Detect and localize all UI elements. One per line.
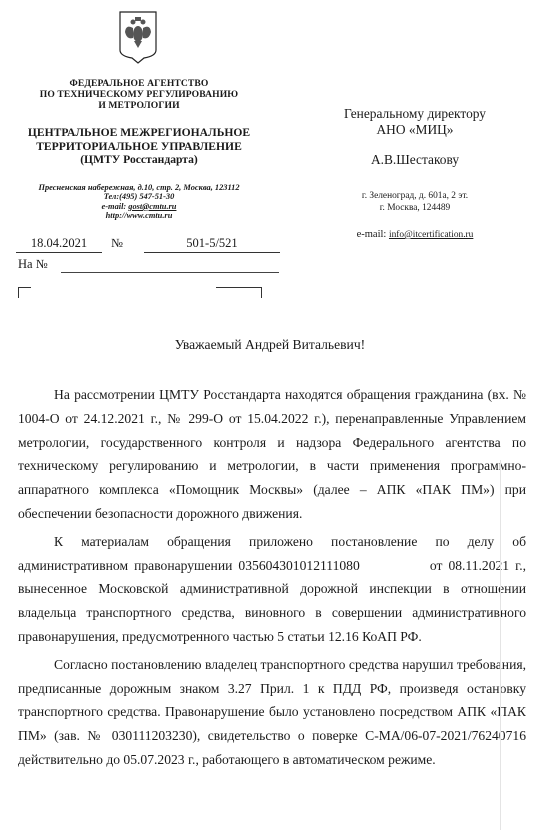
body-paragraph: К материалам обращения приложено постано… (18, 530, 526, 649)
reply-to-line: На № (16, 257, 266, 273)
reply-to-blank-line (61, 272, 279, 273)
sender-contacts: Пресненская набережная, д.10, стр. 2, Мо… (8, 183, 270, 220)
recipient-title: Генеральному директору АНО «МИЦ» (315, 106, 515, 138)
address-corner-mark-right (216, 287, 262, 298)
registration-line: 18.04.2021 № 501-5/521 (16, 235, 266, 253)
recipient-name: А.В.Шестакову (315, 152, 515, 168)
sender-website-link[interactable]: http://www.cmtu.ru (8, 211, 270, 220)
department-line: (ЦМТУ Росстандарта) (8, 153, 270, 167)
recipient-email-line: e-mail: info@itcertification.ru (315, 229, 515, 240)
coat-of-arms-icon (118, 10, 158, 65)
redacted-region (360, 559, 424, 573)
department-line: ТЕРРИТОРИАЛЬНОЕ УПРАВЛЕНИЕ (8, 140, 270, 154)
letter-number: 501-5/521 (144, 235, 280, 253)
recipient-address: г. Зеленоград, д. 601а, 2 эт. г. Москва,… (315, 190, 515, 214)
recipient-title-line: Генеральному директору (315, 106, 515, 122)
recipient-email-label: e-mail: (357, 229, 389, 240)
recipient-email-link[interactable]: info@itcertification.ru (389, 230, 473, 240)
recipient-title-line: АНО «МИЦ» (315, 122, 515, 138)
letter-date: 18.04.2021 (16, 235, 102, 253)
greeting: Уважаемый Андрей Витальевич! (0, 337, 540, 353)
body-paragraph: Согласно постановлению владелец транспор… (18, 653, 526, 772)
department-name: ЦЕНТРАЛЬНОЕ МЕЖРЕГИОНАЛЬНОЕ ТЕРРИТОРИАЛЬ… (8, 126, 270, 167)
number-label: № (111, 235, 123, 252)
agency-name: ФЕДЕРАЛЬНОЕ АГЕНТСТВО ПО ТЕХНИЧЕСКОМУ РЕ… (8, 78, 270, 111)
body-paragraph: На рассмотрении ЦМТУ Росстандарта находя… (18, 383, 526, 526)
agency-line: ПО ТЕХНИЧЕСКОМУ РЕГУЛИРОВАНИЮ (8, 89, 270, 100)
agency-line: И МЕТРОЛОГИИ (8, 100, 270, 111)
recipient-address-line: г. Зеленоград, д. 601а, 2 эт. (315, 190, 515, 202)
letter-body: На рассмотрении ЦМТУ Росстандарта находя… (18, 383, 526, 772)
agency-line: ФЕДЕРАЛЬНОЕ АГЕНТСТВО (8, 78, 270, 89)
scan-fold-line (500, 460, 501, 830)
sender-email-label: e-mail: (102, 202, 129, 211)
sender-phone: Тел:(495) 547-51-30 (8, 192, 270, 201)
department-line: ЦЕНТРАЛЬНОЕ МЕЖРЕГИОНАЛЬНОЕ (8, 126, 270, 140)
sender-address: Пресненская набережная, д.10, стр. 2, Мо… (8, 183, 270, 192)
reply-to-label: На № (18, 257, 48, 272)
sender-email-line: e-mail: gost@cmtu.ru (8, 202, 270, 211)
sender-email-link[interactable]: gost@cmtu.ru (128, 202, 176, 211)
recipient-address-line: г. Москва, 124489 (315, 202, 515, 214)
address-corner-mark-left (18, 287, 31, 298)
